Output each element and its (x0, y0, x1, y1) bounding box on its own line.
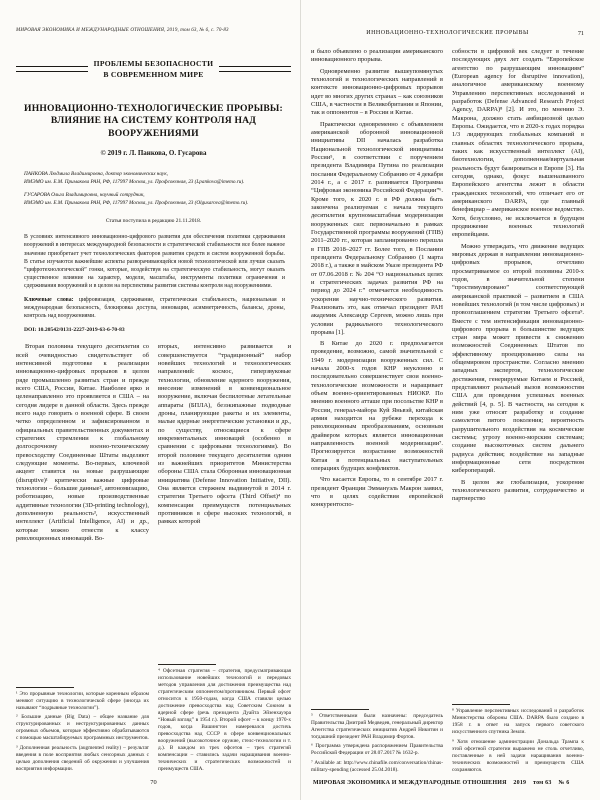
author2-name: ГУСАРОВА Ольга Владимировна, научный сот… (24, 192, 291, 208)
page-70-column-2: вторых, интенсивно развивается и соверше… (158, 343, 291, 775)
running-head-left: МИРОВАЯ ЭКОНОМИКА И МЕЖДУНАРОДНЫЕ ОТНОШЕ… (16, 28, 291, 33)
footnote-7: ⁷ Available at: http://www.chinafile.com… (311, 760, 443, 774)
footnote-separator (16, 687, 74, 688)
page-71-columns: и было объявлено о реализации американск… (311, 48, 584, 776)
footnotes-block: ¹ Это прорывные технологии, которые коре… (16, 683, 149, 775)
page-70-columns: Вторая половина текущего десятилетия со … (16, 343, 291, 775)
footnote-separator (311, 709, 369, 710)
footnote-separator (452, 704, 510, 705)
footnote-6: ⁶ Программа утверждена распоряжением Пра… (311, 743, 443, 757)
received-date: Статья поступила в редакцию 21.11.2018. (16, 218, 291, 224)
page-71-column-2: собности в цифровой век следует в течени… (452, 48, 584, 776)
running-head-right: ИННОВАЦИОННО-ТЕХНОЛОГИЧЕСКИЕ ПРОРЫВЫ 71 (311, 30, 584, 36)
article-title: ИННОВАЦИОННО-ТЕХНОЛОГИЧЕСКИЕ ПРОРЫВЫ: ВЛ… (16, 103, 291, 140)
journal-spread: МИРОВАЯ ЭКОНОМИКА И МЕЖДУНАРОДНЫЕ ОТНОШЕ… (0, 0, 600, 800)
authors-block: ПАНКОВА Людмила Владимировна, доктор эко… (24, 171, 291, 212)
footnotes-block: ⁴ Офсетная стратегия – стратегия, предус… (158, 660, 291, 775)
paragraph: вторых, интенсивно развивается и соверше… (158, 343, 291, 526)
paragraph: Практически одновременно с объявлением а… (311, 121, 443, 338)
footnote-9: ⁹ Хотя отношение администрации Дональда … (452, 739, 584, 774)
article-title-line2: ВЛИЯНИЕ НА СИСТЕМУ КОНТРОЛЯ НАД ВООРУЖЕН… (16, 115, 291, 140)
running-head-right-text: ИННОВАЦИОННО-ТЕХНОЛОГИЧЕСКИЕ ПРОРЫВЫ (366, 30, 528, 36)
author2-affiliation: ИМЭМО им. Е.М. Примакова РАН, РФ, 117997… (24, 200, 248, 206)
footnote-5: ⁵ Ответственными были назначены: председ… (311, 713, 443, 741)
footnote-8: ⁸ Управление перспективных исследований … (452, 708, 584, 736)
section-rule-left (16, 66, 88, 72)
footnotes-block: ⁵ Ответственными были назначены: председ… (311, 705, 443, 776)
paragraph: и было объявлено о реализации американск… (311, 48, 443, 65)
paragraph: Вторая половина текущего десятилетия со … (16, 343, 149, 543)
doi: DOI: 10.20542/0131-2227-2019-63-6-70-83 (24, 327, 291, 333)
paragraph: Что касается Европы, то в сентябре 2017 … (311, 476, 443, 509)
author1-name: ПАНКОВА Людмила Владимировна, доктор эко… (24, 171, 291, 187)
page-number-70: 70 (16, 779, 291, 786)
abstract: В условиях интенсивного инновационно-циф… (24, 233, 285, 290)
footnotes-block: ⁸ Управление перспективных исследований … (452, 700, 584, 776)
author2-name-text: ГУСАРОВА Ольга Владимировна, научный сот… (24, 192, 145, 198)
author1-name-text: ПАНКОВА Людмила Владимировна, доктор эко… (24, 171, 168, 177)
footnote-4: ⁴ Офсетная стратегия – стратегия, предус… (158, 668, 291, 773)
paragraph: собности в цифровой век следует в течени… (452, 48, 584, 240)
footnote-3: ³ Дополненная реальность (augmented real… (16, 745, 149, 773)
keywords: Ключевые слова: цифровизация, сдерживани… (24, 296, 285, 320)
page-70-column-1: Вторая половина текущего десятилетия со … (16, 343, 149, 775)
page-70: МИРОВАЯ ЭКОНОМИКА И МЕЖДУНАРОДНЫЕ ОТНОШЕ… (0, 0, 301, 800)
footnote-2: ² Большие данные (Big Data) – общее назв… (16, 714, 149, 742)
paragraph: Одновременно развитие вышеупомянутых тех… (311, 68, 443, 118)
footnote-1: ¹ Это прорывные технологии, которые коре… (16, 691, 149, 712)
page-71: ИННОВАЦИОННО-ТЕХНОЛОГИЧЕСКИЕ ПРОРЫВЫ 71 … (301, 0, 600, 800)
footnote-separator (158, 664, 216, 665)
section-rule-right (219, 66, 291, 72)
author1-affiliation: ИМЭМО им. Е.М. Примакова РАН, РФ, 117997… (24, 179, 244, 185)
journal-footer: МИРОВАЯ ЭКОНОМИКА И МЕЖДУНАРОДНЫЕ ОТНОШЕ… (313, 780, 584, 786)
article-title-line1: ИННОВАЦИОННО-ТЕХНОЛОГИЧЕСКИЕ ПРОРЫВЫ: (16, 103, 291, 115)
keywords-label: Ключевые слова: (24, 297, 74, 303)
paragraph: В Китае до 2020 г. предполагается провед… (311, 340, 443, 473)
section-heading: ПРОБЛЕМЫ БЕЗОПАСНОСТИ В СОВРЕМЕННОМ МИРЕ (16, 58, 291, 81)
page-number-71: 71 (578, 30, 584, 37)
page-71-column-1: и было объявлено о реализации американск… (311, 48, 443, 776)
paragraph: В целом же глобализация, ускорение техно… (452, 479, 584, 504)
paragraph: Можно утверждать, что движение ведущих м… (452, 243, 584, 476)
copyright-line: © 2019 г. Л. Панкова, О. Гусарова (16, 149, 291, 157)
